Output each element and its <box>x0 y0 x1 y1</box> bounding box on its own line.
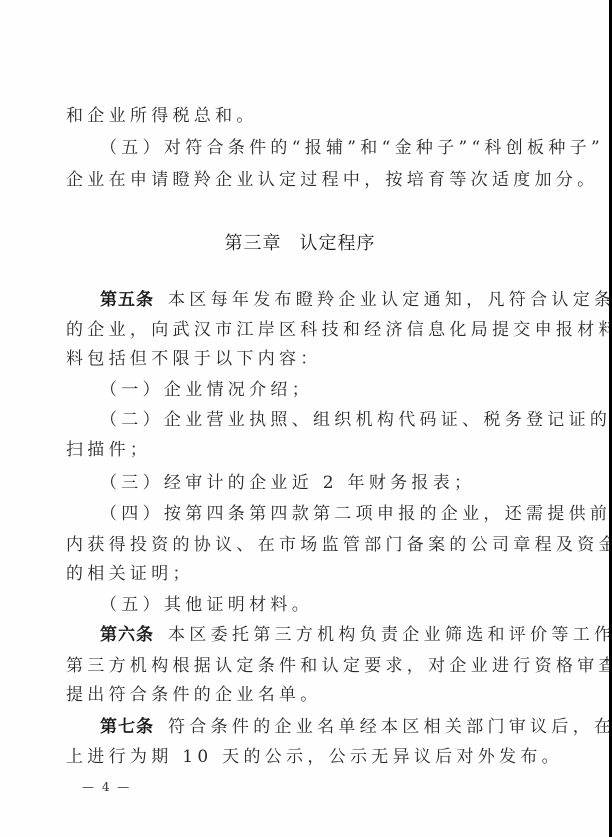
article-5-item-2-line-1: （二）企业营业执照、组织机构代码证、税务登记证的副本 <box>100 409 538 431</box>
article-6-label: 第六条 <box>100 625 154 645</box>
article-6-line-3: 提出符合条件的企业名单。 <box>66 684 538 706</box>
article-5-item-5: （五）其他证明材料。 <box>100 594 538 616</box>
article-6-line-1: 第六条本区委托第三方机构负责企业筛选和评价等工作。 <box>100 624 538 646</box>
article-5-line-1: 第五条本区每年发布瞪羚企业认定通知，凡符合认定条件 <box>100 289 538 311</box>
article-5-item-4-line-1: （四）按第四条第四款第二项申报的企业，还需提供前 3 年 <box>100 503 538 525</box>
item-5-bonus-line-1: （五）对符合条件的“报辅”和“金种子”“科创板种子” <box>100 137 538 159</box>
paragraph-continuation: 和企业所得税总和。 <box>66 105 538 127</box>
item-5-bonus-line-2: 企业在申请瞪羚企业认定过程中，按培育等次适度加分。 <box>66 169 538 191</box>
chapter-number: 第三章 <box>225 233 282 254</box>
article-5-line-3: 料包括但不限于以下内容： <box>66 348 538 370</box>
article-7-line-1: 第七条符合条件的企业名单经本区相关部门审议后，在网 <box>100 716 538 738</box>
article-5-text-1: 本区每年发布瞪羚企业认定通知，凡符合认定条件 <box>168 290 612 310</box>
article-5-item-4-line-2: 内获得投资的协议、在市场监管部门备案的公司章程及资金到位 <box>66 534 538 556</box>
article-7-label: 第七条 <box>100 717 154 737</box>
article-6-text-1: 本区委托第三方机构负责企业筛选和评价等工作。 <box>168 625 612 645</box>
article-6-line-2: 第三方机构根据认定条件和认定要求，对企业进行资格审查，并 <box>66 655 538 677</box>
article-5-item-3: （三）经审计的企业近 2 年财务报表； <box>100 472 538 494</box>
page-number: — 4 — <box>82 780 131 794</box>
article-5-label: 第五条 <box>100 290 154 310</box>
article-5-line-2: 的企业，向武汉市江岸区科技和经济信息化局提交申报材料。材 <box>66 319 538 341</box>
article-7-text-1: 符合条件的企业名单经本区相关部门审议后，在网 <box>168 717 612 737</box>
document-page: 和企业所得税总和。 （五）对符合条件的“报辅”和“金种子”“科创板种子” 企业在… <box>0 0 609 837</box>
chapter-heading: 第三章认定程序 <box>0 229 600 255</box>
article-7-line-2: 上进行为期 10 天的公示，公示无异议后对外发布。 <box>66 746 538 768</box>
article-5-item-4-line-3: 的相关证明； <box>66 563 538 585</box>
article-5-item-2-line-2: 扫描件； <box>66 439 538 461</box>
article-5-item-1: （一）企业情况介绍； <box>100 379 538 401</box>
chapter-title: 认定程序 <box>300 233 376 254</box>
